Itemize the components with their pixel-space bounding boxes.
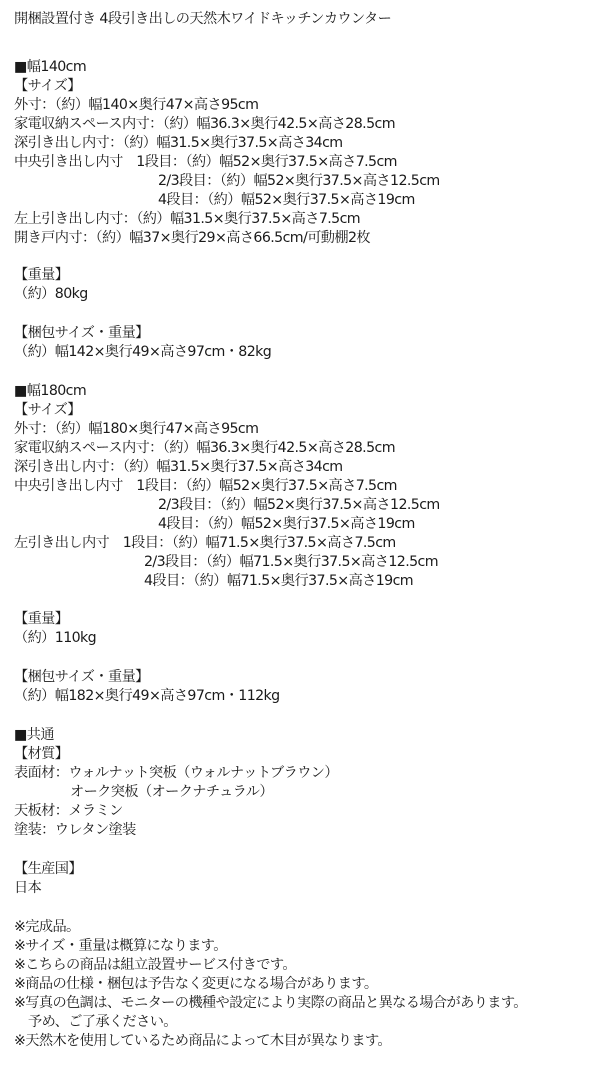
spec-line: ■幅180cm: [14, 382, 86, 401]
spec-line: 中央引き出し内寸 1段目：（約）幅52×奥行37.5×高さ7.5cm: [14, 477, 397, 496]
spec-line: ※商品の仕様・梱包は予告なく変更になる場合があります。: [14, 975, 377, 994]
spec-line: 外寸：（約）幅180×奥行47×高さ95cm: [14, 420, 258, 439]
spec-line: 家電収納スペース内寸：（約）幅36.3×奥行42.5×高さ28.5cm: [14, 439, 395, 458]
spec-line: ※写真の色調は、モニターの機種や設定により実際の商品と異なる場合があります。: [14, 994, 527, 1013]
spec-line: ※天然木を使用しているため商品によって木目が異なります。: [14, 1032, 391, 1051]
spec-line: 【生産国】: [14, 860, 82, 879]
spec-line: 天板材：メラミン: [14, 802, 123, 821]
spec-line: 4段目：（約）幅52×奥行37.5×高さ19cm: [158, 191, 415, 210]
spec-line: （約）幅182×奥行49×高さ97cm・112kg: [14, 687, 280, 706]
spec-line: 【材質】: [14, 745, 68, 764]
spec-line: ※こちらの商品は組立設置サービス付きです。: [14, 956, 296, 975]
spec-line: 予め、ご了承ください。: [28, 1013, 177, 1032]
spec-line: （約）110kg: [14, 629, 96, 648]
spec-line: 【サイズ】: [14, 401, 81, 420]
spec-line: （約）幅142×奥行49×高さ97cm・82kg: [14, 343, 271, 362]
spec-line: 2/3段目：（約）幅52×奥行37.5×高さ12.5cm: [158, 496, 440, 515]
spec-line: 表面材：ウォルナット突板（ウォルナットブラウン）: [14, 764, 338, 783]
spec-line: 左引き出し内寸 1段目：（約）幅71.5×奥行37.5×高さ7.5cm: [14, 534, 396, 553]
document-title: 開梱設置付き 4段引き出しの天然木ワイドキッチンカウンター: [14, 10, 391, 29]
spec-line: 【梱包サイズ・重量】: [14, 324, 149, 343]
spec-line: 外寸：（約）幅140×奥行47×高さ95cm: [14, 96, 258, 115]
spec-line: 深引き出し内寸：（約）幅31.5×奥行37.5×高さ34cm: [14, 458, 343, 477]
spec-line: 4段目：（約）幅71.5×奥行37.5×高さ19cm: [144, 572, 413, 591]
spec-line: 4段目：（約）幅52×奥行37.5×高さ19cm: [158, 515, 415, 534]
spec-line: 開き戸内寸：（約）幅37×奥行29×高さ66.5cm/可動棚2枚: [14, 229, 370, 248]
spec-line: ※サイズ・重量は概算になります。: [14, 937, 227, 956]
spec-line: 2/3段目：（約）幅71.5×奥行37.5×高さ12.5cm: [144, 553, 438, 572]
spec-line: 塗装：ウレタン塗装: [14, 821, 136, 840]
spec-line: 【重量】: [14, 266, 68, 285]
spec-line: 家電収納スペース内寸：（約）幅36.3×奥行42.5×高さ28.5cm: [14, 115, 395, 134]
spec-line: 深引き出し内寸：（約）幅31.5×奥行37.5×高さ34cm: [14, 134, 343, 153]
spec-line: 左上引き出し内寸：（約）幅31.5×奥行37.5×高さ7.5cm: [14, 210, 360, 229]
spec-line: 【重量】: [14, 610, 68, 629]
spec-line: ※完成品。: [14, 918, 80, 937]
spec-line: ■幅140cm: [14, 58, 86, 77]
spec-line: 【梱包サイズ・重量】: [14, 668, 149, 687]
spec-line: 中央引き出し内寸 1段目：（約）幅52×奥行37.5×高さ7.5cm: [14, 153, 397, 172]
spec-line: 日本: [14, 879, 41, 898]
spec-line: オーク突板（オークナチュラル）: [70, 783, 273, 802]
spec-line: 【サイズ】: [14, 77, 81, 96]
spec-line: ■共通: [14, 726, 54, 745]
spec-line: 2/3段目：（約）幅52×奥行37.5×高さ12.5cm: [158, 172, 440, 191]
spec-line: （約）80kg: [14, 285, 88, 304]
